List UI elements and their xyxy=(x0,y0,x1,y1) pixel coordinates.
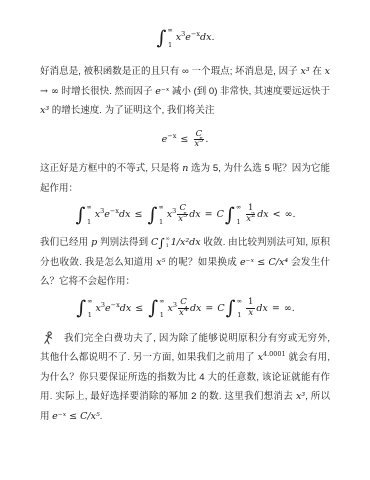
exponent: 4.0001 xyxy=(263,350,286,358)
relation-symbol: = xyxy=(272,303,280,314)
math-inline: x³ xyxy=(296,391,305,402)
upper-limit: ∞ xyxy=(86,204,91,211)
integral-limits: ∞1 xyxy=(158,203,163,226)
math-inline: 1/x²dx xyxy=(171,237,201,248)
fraction: Cx5 xyxy=(193,130,204,151)
upper-limit: ∞ xyxy=(167,27,172,34)
integral-sign-icon: ∫ xyxy=(226,297,236,319)
math-inline: e⁻ˣ ≤ C/x⁴ xyxy=(240,257,288,268)
math-term: dx xyxy=(120,303,131,314)
integral-sign-icon: ∫ xyxy=(148,297,158,319)
lower-limit: 1 xyxy=(166,244,170,249)
display-formula-2: e−x≤Cx5. xyxy=(40,130,330,151)
text-run: 时增长很快. 然而因子 xyxy=(59,86,155,97)
integral-group: ∫∞1 xyxy=(156,26,174,49)
text-run: 在 xyxy=(310,66,325,77)
math-term: dx xyxy=(189,209,200,220)
integral-limits: ∞1 xyxy=(86,203,91,226)
formula-row: ∫∞1x3e−xdx≤∫∞1x3Cx4dx=C∫∞11xdx=∞. xyxy=(75,297,295,320)
integrand: x3e−xdx. xyxy=(176,32,215,43)
denominator: x5 xyxy=(193,140,204,150)
integral-limits: ∞1 xyxy=(167,26,172,49)
upper-limit: ∞ xyxy=(236,204,241,211)
math-term: dx. xyxy=(200,32,214,43)
text-run: . xyxy=(100,411,103,422)
math-inline: e⁻ˣ xyxy=(155,86,169,97)
numerator: 1 xyxy=(246,298,255,309)
integral-sign-icon: ∫ xyxy=(147,204,157,226)
constant: C xyxy=(217,303,224,314)
lower-limit: 1 xyxy=(167,42,172,49)
exponent: 2 xyxy=(251,211,255,219)
formula-row: ∫∞1x3e−xdx≤∫∞1x3Cx5dx=C∫∞11x2dx<∞. xyxy=(74,203,295,226)
paragraph-4: 我们完全白费功夫了, 因为除了能够说明原积分有穷或无穷外, 其他什么都说明不了.… xyxy=(40,329,330,427)
lower-limit: 1 xyxy=(159,312,164,319)
integral-sign-icon: ∫ xyxy=(158,237,164,249)
integral-limits: ∞1 xyxy=(236,203,241,226)
upper-limit: ∞ xyxy=(158,204,163,211)
integral-sign-icon: ∫ xyxy=(76,297,86,319)
fraction: 1x xyxy=(246,298,255,319)
relation-symbol: ≤ xyxy=(180,134,188,145)
integral-group: ∫∞1 xyxy=(226,297,244,320)
integrand: x3e−xdx xyxy=(96,303,132,314)
text-run: 减小 (到 0) 非常快, 其速度要远远快于 xyxy=(169,86,330,97)
integrand: x3 xyxy=(167,209,177,220)
lower-limit: 1 xyxy=(158,219,163,226)
integrand: x3 xyxy=(168,303,178,314)
text-run: 的增长速度. 为了证明这个, 我们将关注 xyxy=(49,105,214,116)
math-inline: x³ xyxy=(40,105,49,116)
falling-person-icon xyxy=(42,331,54,346)
lower-limit: 1 xyxy=(87,312,92,319)
integral-group: ∫∞1 xyxy=(225,203,243,226)
denominator: x2 xyxy=(245,215,256,225)
math-inline: C xyxy=(151,237,158,248)
lower-limit: 1 xyxy=(237,312,242,319)
integral-group: ∫∞1 xyxy=(148,297,166,320)
formula-row: e−x≤Cx5. xyxy=(162,130,209,151)
denominator: x xyxy=(247,309,254,319)
exponent: 5 xyxy=(199,136,203,144)
upper-limit: ∞ xyxy=(87,298,92,305)
constant: C xyxy=(217,209,224,220)
relation-symbol: = xyxy=(205,209,213,220)
integral-group: ∫∞1 xyxy=(75,203,93,226)
relation-symbol: ≤ xyxy=(134,209,142,220)
relation-symbol: < xyxy=(273,209,281,220)
exponent: 5 xyxy=(183,211,187,219)
exponent: −x xyxy=(191,30,200,38)
upper-limit: ∞ xyxy=(237,298,242,305)
lower-limit: 1 xyxy=(86,219,91,226)
integral-sign-icon: ∫ xyxy=(225,204,235,226)
math-term: dx xyxy=(257,209,268,220)
exponent: −x xyxy=(110,207,119,215)
display-formula-4: ∫∞1x3e−xdx≤∫∞1x3Cx4dx=C∫∞11xdx=∞. xyxy=(40,297,330,320)
integral-sign-icon: ∫ xyxy=(75,204,85,226)
text-run: 好消息是, 被积函数是正的且只有 ∞ 一个瑕点; 坏消息是, 因子 xyxy=(40,66,301,77)
inline-integral-group: ∫∞1 xyxy=(158,237,170,249)
infinity-symbol: ∞. xyxy=(284,303,295,314)
paragraph-1: 好消息是, 被积函数是正的且只有 ∞ 一个瑕点; 坏消息是, 因子 x³ 在 x… xyxy=(40,62,330,121)
text-run: 的呢？如果换成 xyxy=(165,257,239,268)
relation-symbol: ≤ xyxy=(135,303,143,314)
exponent: 3 xyxy=(172,207,176,215)
denominator: x5 xyxy=(177,215,188,225)
fraction: Cx5 xyxy=(177,204,188,225)
formula-row: ∫∞1x3e−xdx. xyxy=(155,26,214,49)
integral-limits: ∞1 xyxy=(87,297,92,320)
lower-limit: 1 xyxy=(236,219,241,226)
math-inline: e⁻ˣ ≤ C/x⁵ xyxy=(52,411,100,422)
math-inline: x³ xyxy=(301,66,310,77)
upper-limit: ∞ xyxy=(159,298,164,305)
relation-symbol: = xyxy=(205,303,213,314)
infinity-symbol: ∞. xyxy=(285,209,296,220)
paragraph-3: 我们已经用 p 判别法得到 C∫∞11/x²dx 收敛. 由比较判别法可知, 原… xyxy=(40,233,330,292)
text-run: 这正好是方框中的不等式, 只是将 xyxy=(40,163,182,174)
exponent: −x xyxy=(167,132,176,140)
punctuation: . xyxy=(205,134,208,145)
text-run: 我们已经用 xyxy=(40,237,91,248)
math-term: dx xyxy=(256,303,267,314)
fraction: Cx4 xyxy=(178,298,189,319)
integral-group: ∫∞1 xyxy=(76,297,94,320)
display-formula-1: ∫∞1x3e−xdx. xyxy=(40,26,330,49)
fraction: 1x2 xyxy=(245,204,256,225)
exponent: 3 xyxy=(173,300,177,308)
denominator: x4 xyxy=(178,309,189,319)
integral-group: ∫∞1 xyxy=(147,203,165,226)
integral-limits: ∞1 xyxy=(237,297,242,320)
book-page: ∫∞1x3e−xdx. 好消息是, 被积函数是正的且只有 ∞ 一个瑕点; 坏消息… xyxy=(0,0,370,480)
math-term: e−x xyxy=(162,134,177,145)
text-run: 判别法得到 xyxy=(97,237,151,248)
upper-limit: ∞ xyxy=(166,237,170,242)
integral-sign-icon: ∫ xyxy=(156,27,166,49)
display-formula-3: ∫∞1x3e−xdx≤∫∞1x3Cx5dx=C∫∞11x2dx<∞. xyxy=(40,203,330,226)
math-term: dx xyxy=(190,303,201,314)
integral-limits: ∞1 xyxy=(159,297,164,320)
exponent: 4 xyxy=(184,305,188,313)
integrand: x3e−xdx xyxy=(95,209,131,220)
exponent: −x xyxy=(111,300,120,308)
integral-limits: ∞1 xyxy=(166,237,170,249)
math-term: dx xyxy=(119,209,130,220)
paragraph-2: 这正好是方框中的不等式, 只是将 n 选为 5, 为什么选 5 呢？因为它能起作… xyxy=(40,159,330,198)
